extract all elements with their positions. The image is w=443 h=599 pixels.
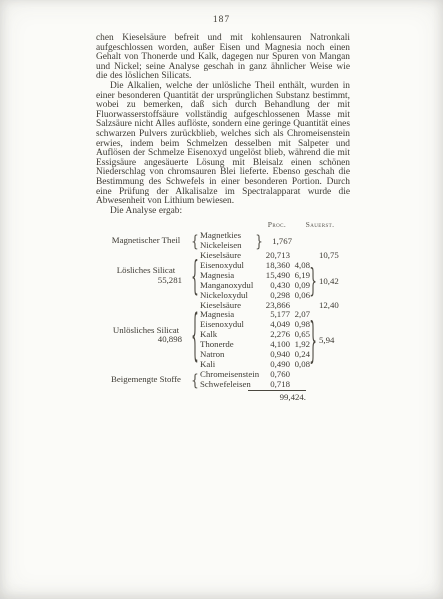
body-text: chen Kieselsäure befreit und mit kohlens… <box>96 34 350 216</box>
proc-value: 0,718 <box>262 380 292 390</box>
analysis-intro: Die Analyse ergab: <box>96 207 350 217</box>
group-label: Lösliches Silicat55,281 <box>102 266 190 285</box>
page: 187 chen Kieselsäure befreit und mit koh… <box>0 0 443 599</box>
analysis-table: Proc. Sauerst. Magnetischer Theil{Magnet… <box>102 218 443 399</box>
total-value: 99,424. <box>248 390 306 400</box>
brace: { <box>190 231 200 251</box>
oxygen-value: 0,06 <box>292 291 310 301</box>
brace: } <box>310 310 316 369</box>
brace: } <box>256 231 262 251</box>
brace: { <box>190 370 200 390</box>
brace: { <box>190 301 200 370</box>
oxygen-total-value: 12,40 <box>316 301 348 311</box>
group-label: Magnetischer Theil <box>102 236 190 246</box>
group-label-text: Beigemengte Stoffe <box>102 375 190 385</box>
brace-open-glyph: { <box>191 372 199 388</box>
group-label: Beigemengte Stoffe <box>102 375 190 385</box>
brace-close-glyph: } <box>309 265 317 297</box>
brace-close-glyph: } <box>255 233 263 249</box>
brace: } <box>310 261 316 301</box>
group-label: Unlösliches Silicat40,898 <box>102 326 190 345</box>
page-number: 187 <box>0 15 443 25</box>
column-header-oxygen: Sauerst. <box>292 220 348 231</box>
column-header-proc: Proc. <box>262 220 292 231</box>
group-amount: 40,898 <box>102 335 190 345</box>
group-label-text: Magnetischer Theil <box>102 236 190 246</box>
oxygen-value: 0,08 <box>292 360 310 370</box>
group-proc-value: 1,767 <box>262 231 292 251</box>
brace-close-glyph: } <box>309 316 317 364</box>
paragraph-2: Die Alkalien, welche der unlösliche Thei… <box>96 82 350 207</box>
brace-open-glyph: { <box>191 256 199 296</box>
oxygen-sum-value: 5,94 <box>316 310 348 369</box>
brace-open-glyph: { <box>191 233 199 249</box>
substance-name: Schwefeleisen <box>200 380 256 390</box>
paragraph-1: chen Kieselsäure befreit und mit kohlens… <box>96 34 350 82</box>
oxygen-total-value: 10,75 <box>316 251 348 261</box>
brace: { <box>190 251 200 300</box>
oxygen-sum-value: 10,42 <box>316 261 348 301</box>
brace-open-glyph: { <box>191 307 199 362</box>
group-amount: 55,281 <box>102 276 190 286</box>
